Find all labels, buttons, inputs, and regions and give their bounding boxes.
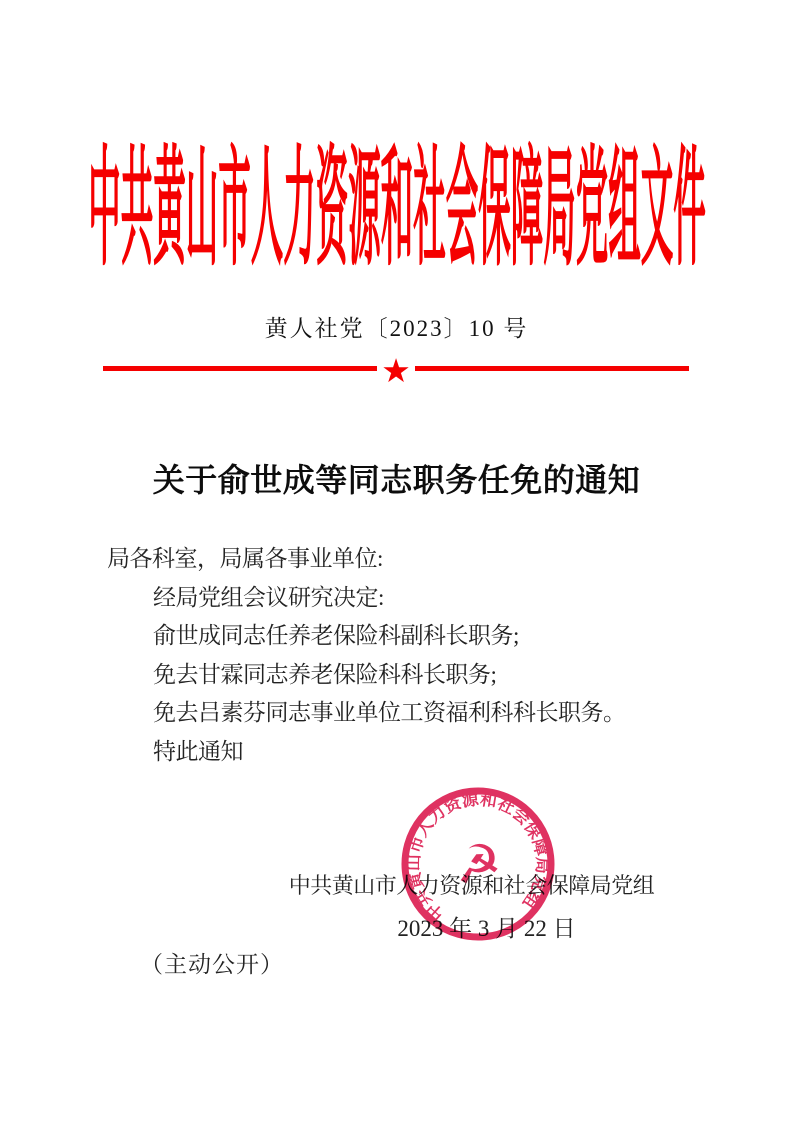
body-paragraph: 特此通知	[107, 733, 687, 772]
body-paragraph: 免去甘霖同志养老保险科科长职务;	[107, 656, 687, 695]
body-paragraph: 免去吕素芬同志事业单位工资福利科科长职务。	[107, 694, 687, 733]
red-divider: ★	[103, 352, 689, 384]
divider-line-left	[103, 366, 377, 371]
signature-date: 2023 年 3 月 22 日	[180, 910, 793, 943]
body-paragraph: 经局党组会议研究决定:	[107, 579, 687, 618]
notice-title: 关于俞世成等同志职务任免的通知	[0, 455, 793, 501]
document-page: 中共黄山市人力资源和社会保障局党组文件 黄人社党〔2023〕10 号 ★ 关于俞…	[0, 0, 793, 1122]
divider-line-right	[415, 366, 689, 371]
seal-ring-text: 中共黄山市人力资源和社会保障局党组	[396, 781, 559, 927]
star-icon: ★	[381, 354, 411, 387]
red-header-banner: 中共黄山市人力资源和社会保障局党组文件	[0, 144, 793, 276]
disclosure-note: （主动公开）	[140, 946, 284, 979]
signature-org: 中共黄山市人力资源和社会保障局党组	[150, 869, 793, 900]
salutation: 局各科室，局属各事业单位:	[107, 540, 687, 579]
document-number: 黄人社党〔2023〕10 号	[0, 310, 793, 343]
org-title: 中共黄山市人力资源和社会保障局党组文件	[88, 145, 706, 275]
notice-body: 局各科室，局属各事业单位: 经局党组会议研究决定: 俞世成同志任养老保险科副科长…	[107, 540, 687, 771]
body-paragraph: 俞世成同志任养老保险科副科长职务;	[107, 617, 687, 656]
